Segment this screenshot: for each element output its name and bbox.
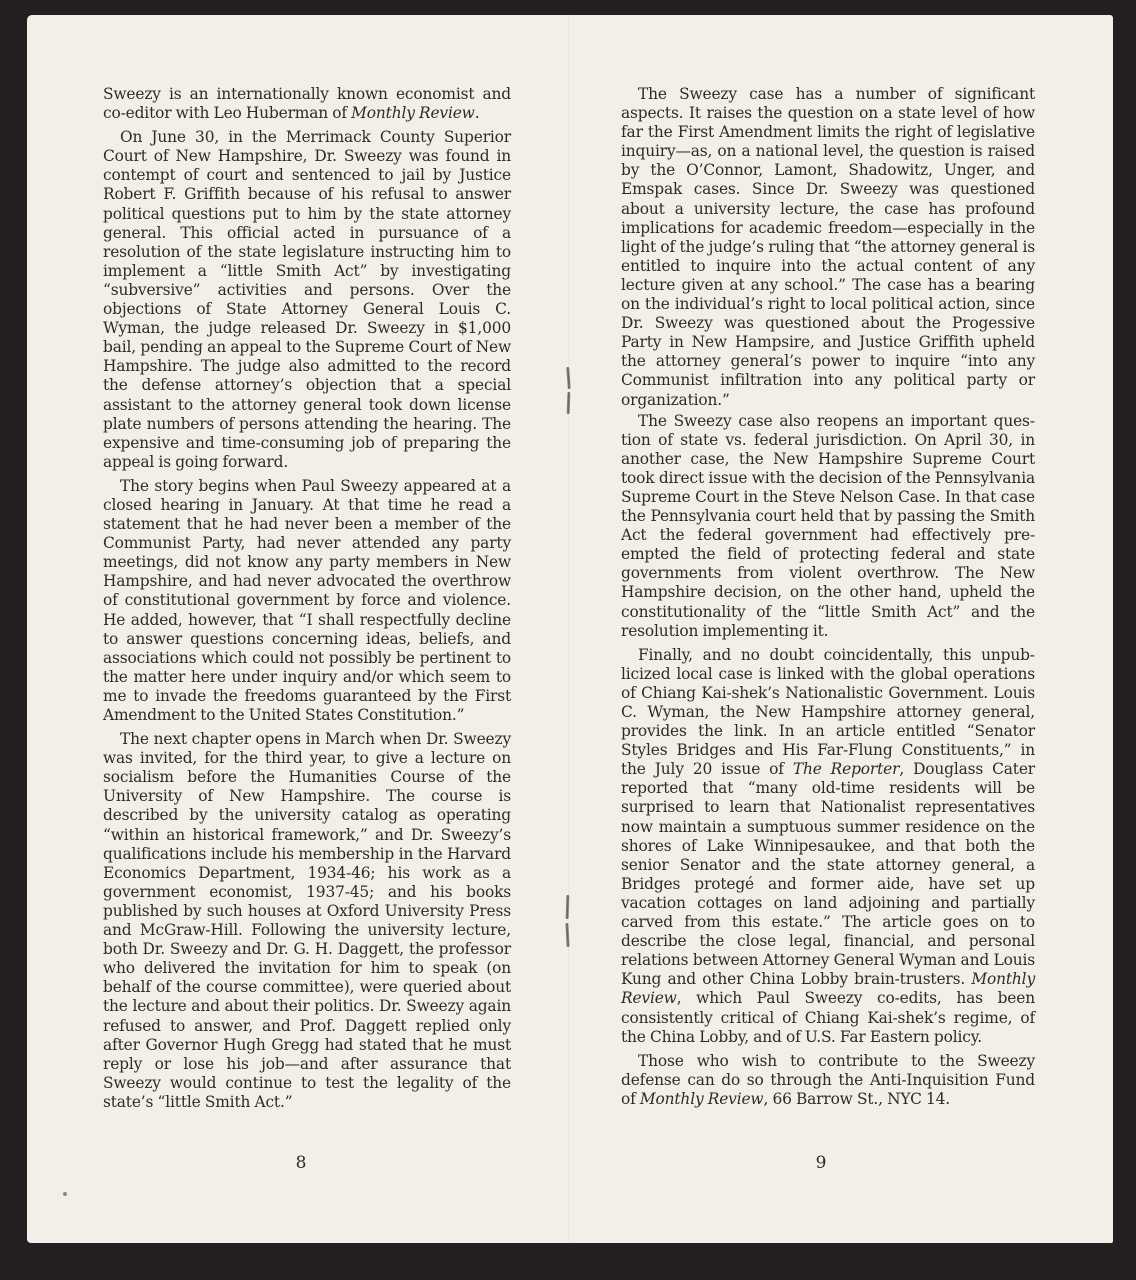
text-segment: The next chapter opens in March when Dr.… xyxy=(103,730,511,1111)
paragraph: The Sweezy case has a number of signific… xyxy=(621,85,1035,410)
paragraph: Finally, and no doubt coincidentally, th… xyxy=(621,646,1035,1047)
publication-title: The Reporter xyxy=(793,760,899,778)
paragraph: Those who wish to contribute to the Swee… xyxy=(621,1052,1035,1109)
booklet-spread: Sweezy is an internationally known econo… xyxy=(27,15,1113,1243)
publication-title: Monthly Review xyxy=(351,104,475,122)
text-segment: , Douglass Cater reported that “many old… xyxy=(621,760,1035,988)
page-number-right: 9 xyxy=(801,1153,841,1173)
staple-mark-icon xyxy=(567,392,571,414)
publication-title: Monthly Review xyxy=(640,1090,764,1108)
text-segment: , which Paul Sweezy co-edits, has been c… xyxy=(621,989,1035,1045)
text-segment: . xyxy=(475,104,480,122)
text-segment: Finally, and no doubt coincidentally, th… xyxy=(621,646,1035,779)
page-number-left: 8 xyxy=(281,1153,321,1173)
staple-mark-icon xyxy=(566,367,571,389)
right-page-text: The Sweezy case has a number of signific… xyxy=(621,85,1035,1114)
text-segment: The story begins when Paul Sweezy appear… xyxy=(103,477,511,724)
text-segment: On June 30, in the Merrimack County Supe… xyxy=(103,128,511,471)
paragraph: The Sweezy case also reopens an importan… xyxy=(621,412,1035,641)
left-page-text: Sweezy is an internationally known econo… xyxy=(103,85,511,1117)
paragraph: The story begins when Paul Sweezy appear… xyxy=(103,477,511,725)
paragraph: The next chapter opens in March when Dr.… xyxy=(103,730,511,1112)
center-gutter xyxy=(568,15,569,1243)
paragraph: On June 30, in the Merrimack County Supe… xyxy=(103,128,511,472)
paper-speck xyxy=(63,1192,67,1196)
text-segment: The Sweezy case also reopens an importan… xyxy=(621,412,1035,640)
paragraph: Sweezy is an internationally known econo… xyxy=(103,85,511,123)
text-segment: , 66 Barrow St., NYC 14. xyxy=(763,1090,950,1108)
text-segment: The Sweezy case has a number of signific… xyxy=(621,85,1035,409)
